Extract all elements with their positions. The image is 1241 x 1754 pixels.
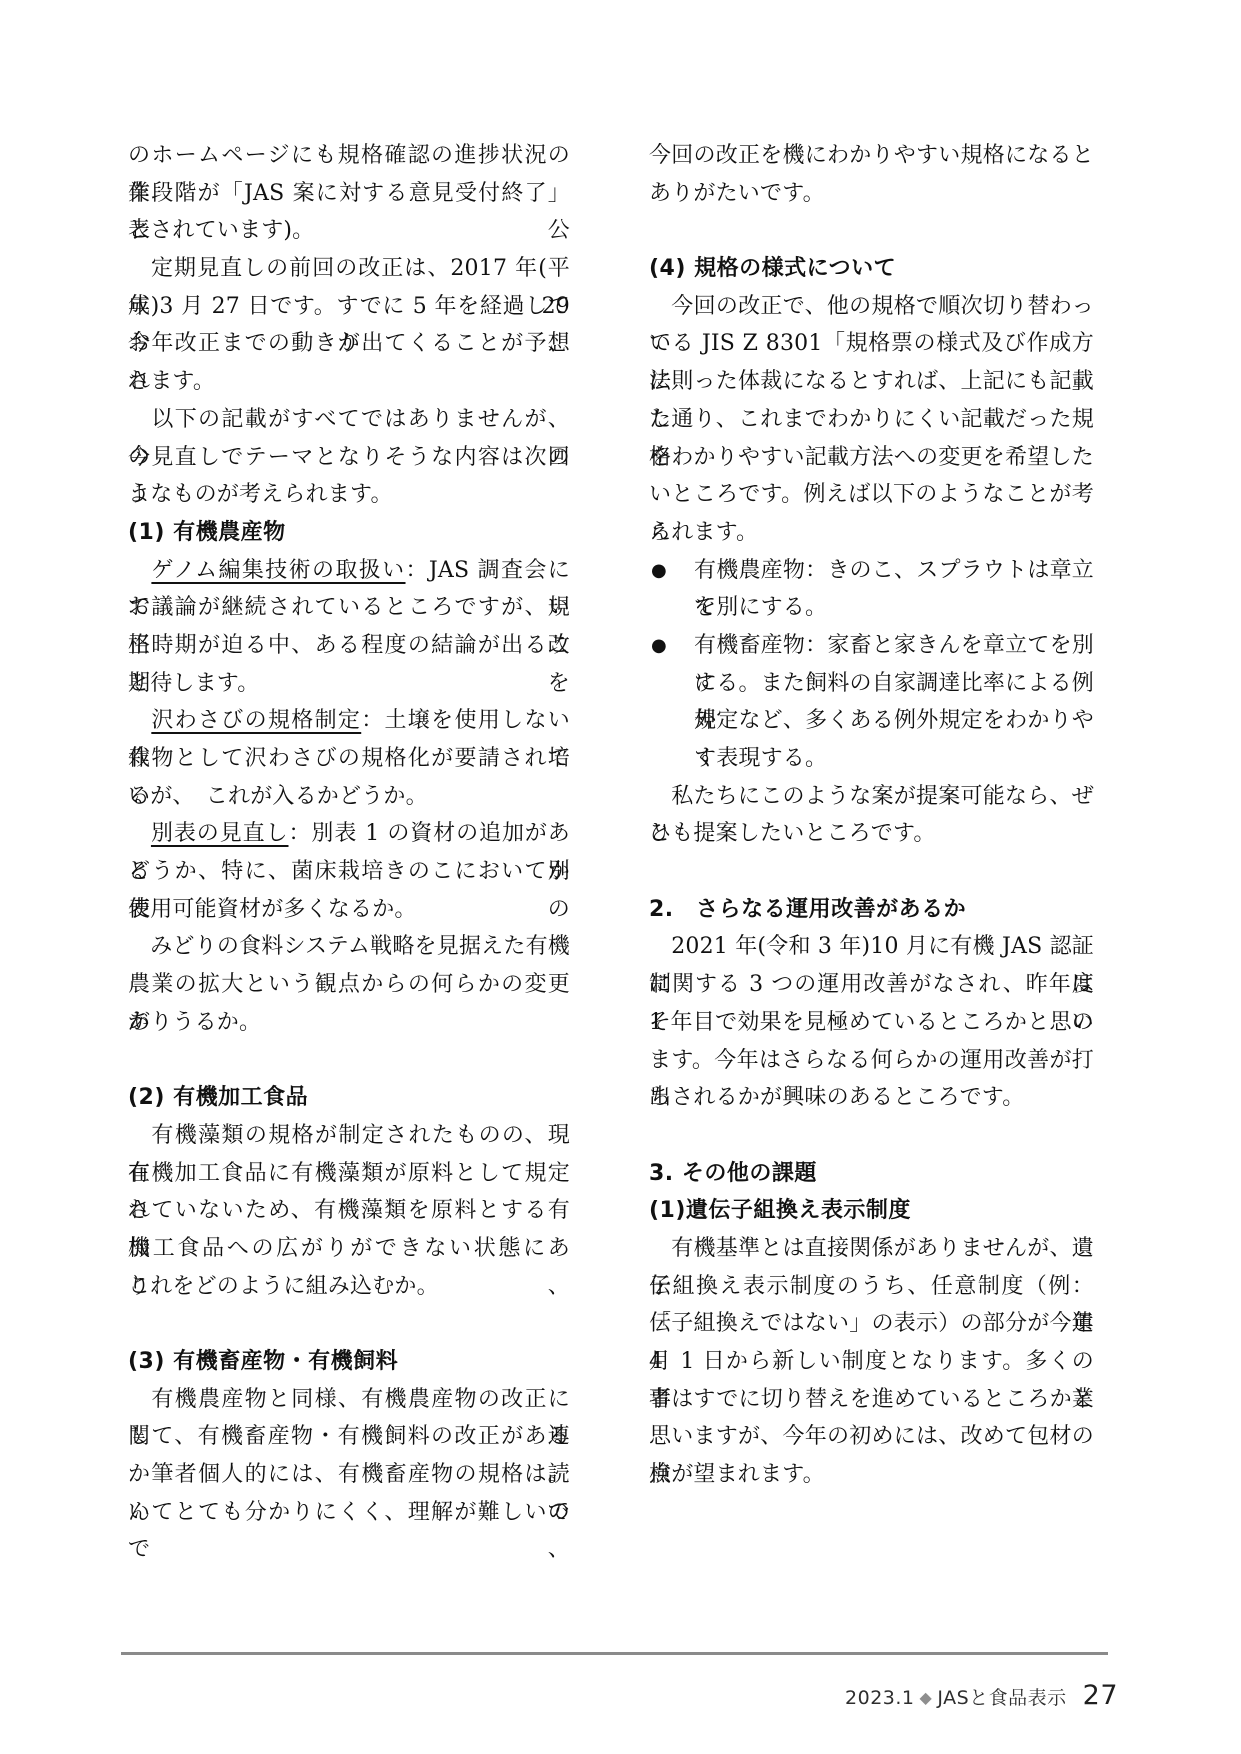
text-line: とも提案したいところです。 [649,815,1094,853]
blank-line [128,1305,570,1343]
text-line: 以下の記載がすべてではありませんが、今回 [128,401,570,439]
text-line: 使用可能資材が多くなるか。 [128,891,570,929]
text-line: ありうるか。 [128,1004,570,1042]
blank-line [649,853,1094,891]
text-line: 有機農産物と同様、有機農産物の改正に関連 [128,1381,570,1419]
text-line: 検が望まれます。 [649,1456,1094,1494]
text-line: のホームページにも規格確認の進捗状況の作 [128,137,570,175]
text-line: 月 1 日から新しい制度となります。多くの事業 [649,1343,1094,1381]
underlined-term: ゲノム編集技術の取扱い [151,558,405,583]
underlined-term: 別表の見直し [151,821,289,846]
text-line: する。また飼料の自家調達比率による例外 [649,665,1094,703]
underlined-term: 沢わさびの規格制定 [151,708,361,733]
section-heading: 2. さらなる運用改善があるか [649,891,1094,929]
text-line: に則った体裁になるとすれば、上記にも記載し [649,363,1094,401]
text-line: 者はすでに切り替えを進めているところかと [649,1381,1094,1419]
text-line: いる JIS Z 8301「規格票の様式及び作成方法」 [649,325,1094,363]
section-heading: (2) 有機加工食品 [128,1079,570,1117]
footer-page-number: 27 [1083,1680,1118,1711]
right-column: 今回の改正を機にわかりやすい規格になるとありがたいです。(4) 規格の様式につい… [649,137,1094,1494]
text-line: 1 年目で効果を見極めているところかと思い [649,1004,1094,1042]
text-line: 思いますが、今年の初めには、改めて包材の点 [649,1418,1094,1456]
text-line: 今回の改正を機にわかりやすい規格になると [649,137,1094,175]
text-line: 加工食品への広がりができない状態にあり、 [128,1230,570,1268]
text-line: ます。今年はさらなる何らかの運用改善が打ち [649,1042,1094,1080]
footer-rule [121,1652,1108,1655]
text-line: るが、 これが入るかどうか。 [128,778,570,816]
text-line: 作物として沢わさびの規格化が要請されてい [128,740,570,778]
text-line: 有機基準とは直接関係がありませんが、遺伝 [649,1230,1094,1268]
text-line: 今回の改正で、他の規格で順次切り替わって [649,288,1094,326]
text-line: 表されています)。 [128,212,570,250]
text-line: ●有機農産物：きのこ、スプラウトは章立て [649,552,1094,590]
text-line: 筆者個人的には、有機畜産物の規格は読んで [128,1456,570,1494]
footer-journal-title: JASと食品表示 [937,1687,1066,1709]
text-line: いところです。例えば以下のようなことが考え [649,476,1094,514]
page-footer: 2023.1◆JASと食品表示27 [121,1680,1118,1711]
text-line: を別にする。 [649,589,1094,627]
text-line: 今年改正までの動きが出てくることが予想さ [128,325,570,363]
text-line: 私たちにこのような案が提案可能なら、ぜひ [649,778,1094,816]
text-line: これをどのように組み込むか。 [128,1268,570,1306]
text-line: 沢わさびの規格制定：土壌を使用しない栽培 [128,702,570,740]
text-line: れます。 [128,363,570,401]
text-line: く表現する。 [649,740,1094,778]
text-line: 有機藻類の規格が制定されたものの、現在 [128,1117,570,1155]
text-line: みどりの食料システム戦略を見据えた有機 [128,928,570,966]
text-line: 年)3 月 27 日です。すでに 5 年を経過しており、 [128,288,570,326]
section-heading: (4) 規格の様式について [649,250,1094,288]
text-line: 2021 年(令和 3 年)10 月に有機 JAS 認証制度 [649,928,1094,966]
section-heading: (1) 有機農産物 [128,514,570,552]
text-line: て議論が継続されているところですが、規格改 [128,589,570,627]
text-line: 期待します。 [128,665,570,703]
text-line: た通り、これまでわかりにくい記載だった規格 [649,401,1094,439]
text-line: 規定など、多くある例外規定をわかりやす [649,702,1094,740]
text-line: られます。 [649,514,1094,552]
text-line: うなものが考えられます。 [128,476,570,514]
left-column: のホームページにも規格確認の進捗状況の作業段階が「JAS 案に対する意見受付終了… [128,137,570,1531]
text-line: 正時期が迫る中、ある程度の結論が出ることを [128,627,570,665]
text-line: の見直しでテーマとなりそうな内容は次のよ [128,439,570,477]
bullet-icon: ● [651,627,667,665]
text-line: ゲノム編集技術の取扱い：JAS 調査会におい [128,552,570,590]
diamond-icon: ◆ [920,1688,933,1707]
text-line: どうか、特に、菌床栽培きのこにおいて別表の [128,853,570,891]
text-line: 出されるかが興味のあるところです。 [649,1079,1094,1117]
text-line: いてとても分かりにくく、理解が難しいので、 [128,1494,570,1532]
blank-line [649,212,1094,250]
text-line: をわかりやすい記載方法への変更を希望した [649,439,1094,477]
text-line: ありがたいです。 [649,175,1094,213]
text-line: に関する 3 つの運用改善がなされ、昨年はその [649,966,1094,1004]
text-line: して、有機畜産物・有機飼料の改正があるか。 [128,1418,570,1456]
text-line: 定期見直しの前回の改正は、2017 年(平成 29 [128,250,570,288]
section-heading: (1)遺伝子組換え表示制度 [649,1192,1094,1230]
footer-issue-date: 2023.1 [845,1687,914,1709]
section-heading: 3. その他の課題 [649,1155,1094,1193]
text-line: 伝子組換えではない」の表示）の部分が今年 4 [649,1305,1094,1343]
text-line: ●有機畜産物：家畜と家きんを章立てを別に [649,627,1094,665]
document-page: のホームページにも規格確認の進捗状況の作業段階が「JAS 案に対する意見受付終了… [0,0,1241,1754]
section-heading: (3) 有機畜産物・有機飼料 [128,1343,570,1381]
text-line: 有機加工食品に有機藻類が原料として規定さ [128,1155,570,1193]
text-line: 業段階が「JAS 案に対する意見受付終了」と公 [128,175,570,213]
blank-line [649,1117,1094,1155]
bullet-icon: ● [651,552,667,590]
text-line: 農業の拡大という観点からの何らかの変更が [128,966,570,1004]
text-line: れていないため、有機藻類を原料とする有機 [128,1192,570,1230]
text-line: 別表の見直し：別表 1 の資材の追加があるか [128,815,570,853]
text-line: 子組換え表示制度のうち、任意制度（例：「遺 [649,1268,1094,1306]
blank-line [128,1042,570,1080]
